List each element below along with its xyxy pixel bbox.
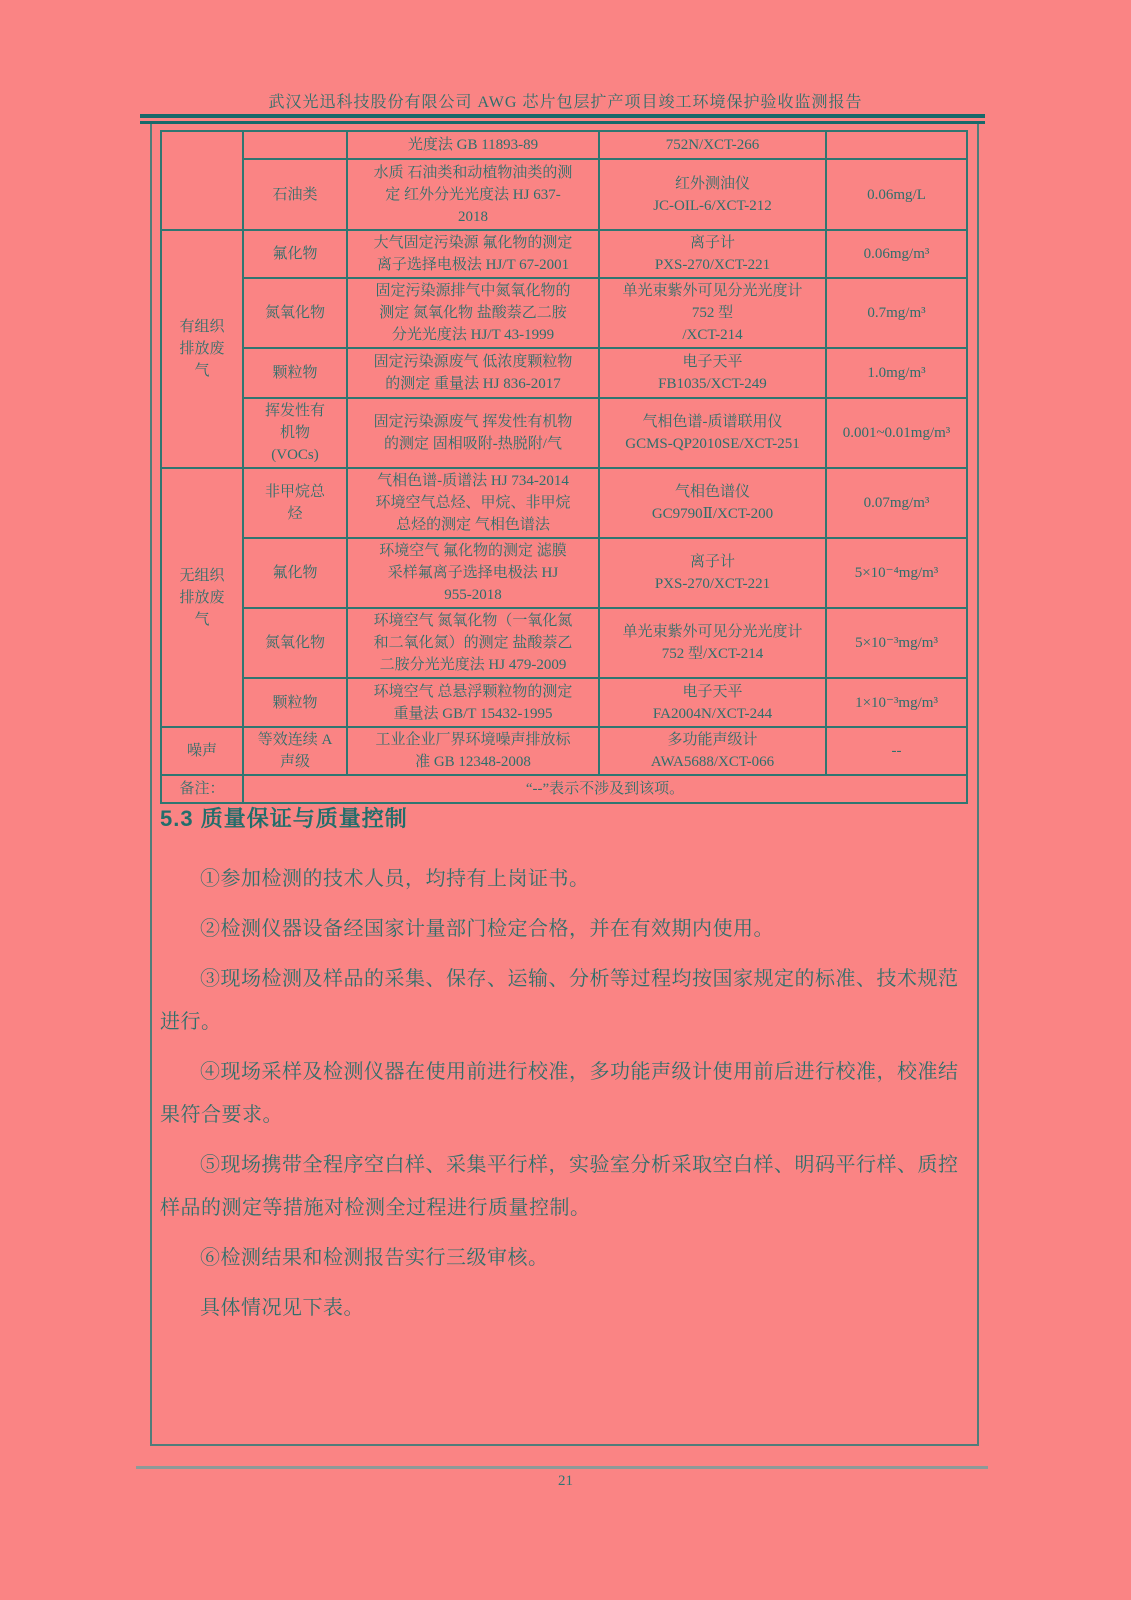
cell-instrument: 多功能声级计 AWA5688/XCT-066 xyxy=(599,727,826,775)
paragraph-6: ⑥检测结果和检测报告实行三级审核。 xyxy=(160,1237,972,1280)
cell-method: 固定污染源废气 低浓度颗粒物 的测定 重量法 HJ 836-2017 xyxy=(347,348,599,398)
cell-detection-limit: 0.7mg/m³ xyxy=(826,278,967,348)
cell-method: 气相色谱-质谱法 HJ 734-2014 环境空气总烃、甲烷、非甲烷 总烃的测定… xyxy=(347,468,599,538)
cell-detection-limit: 1×10⁻³mg/m³ xyxy=(826,678,967,727)
cell-detection-limit: 0.06mg/L xyxy=(826,159,967,230)
cell-pollutant: 等效连续 A 声级 xyxy=(243,727,347,775)
cell-method: 固定污染源排气中氮氧化物的 测定 氮氧化物 盐酸萘乙二胺 分光光度法 HJ/T … xyxy=(347,278,599,348)
cell-method: 工业企业厂界环境噪声排放标 准 GB 12348-2008 xyxy=(347,727,599,775)
cell-method: 光度法 GB 11893-89 xyxy=(347,131,599,159)
footer-rule xyxy=(136,1466,988,1469)
cell-category: 噪声 xyxy=(161,727,243,775)
paragraph-4: ④现场采样及检测仪器在使用前进行校准，多功能声级计使用前后进行校准，校准结果符合… xyxy=(160,1051,972,1137)
header-double-rule xyxy=(140,114,985,124)
cell-remark-label: 备注： xyxy=(161,775,243,803)
cell-category xyxy=(161,131,243,230)
cell-pollutant: 颗粒物 xyxy=(243,678,347,727)
cell-pollutant: 氟化物 xyxy=(243,230,347,278)
section-heading: 5.3 质量保证与质量控制 xyxy=(160,806,972,832)
cell-detection-limit: 0.07mg/m³ xyxy=(826,468,967,538)
cell-detection-limit: 1.0mg/m³ xyxy=(826,348,967,398)
table-row: 有组织 排放废 气 氟化物 大气固定污染源 氟化物的测定 离子选择电极法 HJ/… xyxy=(161,230,967,278)
cell-detection-limit: 5×10⁻³mg/m³ xyxy=(826,608,967,678)
table-row: 氮氧化物 固定污染源排气中氮氧化物的 测定 氮氧化物 盐酸萘乙二胺 分光光度法 … xyxy=(161,278,967,348)
cell-instrument: 单光束紫外可见分光光度计 752 型 /XCT-214 xyxy=(599,278,826,348)
table-row: 氮氧化物 环境空气 氮氧化物（一氧化氮 和二氧化氮）的测定 盐酸萘乙 二胺分光光… xyxy=(161,608,967,678)
cell-pollutant: 颗粒物 xyxy=(243,348,347,398)
table-row: 挥发性有 机物 (VOCs) 固定污染源废气 挥发性有机物 的测定 固相吸附-热… xyxy=(161,398,967,468)
cell-instrument: 电子天平 FB1035/XCT-249 xyxy=(599,348,826,398)
page-number: 21 xyxy=(0,1473,1131,1490)
cell-detection-limit: 5×10⁻⁴mg/m³ xyxy=(826,538,967,608)
cell-pollutant: 氮氧化物 xyxy=(243,278,347,348)
page-header-title: 武汉光迅科技股份有限公司 AWG 芯片包层扩产项目竣工环境保护验收监测报告 xyxy=(0,89,1131,112)
cell-instrument: 气相色谱-质谱联用仪 GCMS-QP2010SE/XCT-251 xyxy=(599,398,826,468)
cell-pollutant: 氮氧化物 xyxy=(243,608,347,678)
cell-pollutant: 挥发性有 机物 (VOCs) xyxy=(243,398,347,468)
table-row: 氟化物 环境空气 氟化物的测定 滤膜 采样氟离子选择电极法 HJ 955-201… xyxy=(161,538,967,608)
cell-detection-limit: -- xyxy=(826,727,967,775)
cell-method: 固定污染源废气 挥发性有机物 的测定 固相吸附-热脱附/气 xyxy=(347,398,599,468)
table-row: 石油类 水质 石油类和动植物油类的测 定 红外分光光度法 HJ 637- 201… xyxy=(161,159,967,230)
cell-method: 大气固定污染源 氟化物的测定 离子选择电极法 HJ/T 67-2001 xyxy=(347,230,599,278)
cell-pollutant: 石油类 xyxy=(243,159,347,230)
cell-instrument: 电子天平 FA2004N/XCT-244 xyxy=(599,678,826,727)
table-row: 噪声 等效连续 A 声级 工业企业厂界环境噪声排放标 准 GB 12348-20… xyxy=(161,727,967,775)
cell-method: 水质 石油类和动植物油类的测 定 红外分光光度法 HJ 637- 2018 xyxy=(347,159,599,230)
cell-pollutant xyxy=(243,131,347,159)
section-quality-assurance: 5.3 质量保证与质量控制 ①参加检测的技术人员，均持有上岗证书。 ②检测仪器设… xyxy=(160,806,972,1337)
table-row: 光度法 GB 11893-89 752N/XCT-266 xyxy=(161,131,967,159)
paragraph-1: ①参加检测的技术人员，均持有上岗证书。 xyxy=(160,858,972,901)
cell-instrument: 离子计 PXS-270/XCT-221 xyxy=(599,230,826,278)
paragraph-5: ⑤现场携带全程序空白样、采集平行样，实验室分析采取空白样、明码平行样、质控样品的… xyxy=(160,1144,972,1230)
paragraph-3: ③现场检测及样品的采集、保存、运输、分析等过程均按国家规定的标准、技术规范进行。 xyxy=(160,958,972,1044)
cell-pollutant: 氟化物 xyxy=(243,538,347,608)
cell-category: 有组织 排放废 气 xyxy=(161,230,243,468)
cell-pollutant: 非甲烷总 烃 xyxy=(243,468,347,538)
table-row: 颗粒物 固定污染源废气 低浓度颗粒物 的测定 重量法 HJ 836-2017 电… xyxy=(161,348,967,398)
cell-instrument: 气相色谱仪 GC9790Ⅱ/XCT-200 xyxy=(599,468,826,538)
cell-remark-text: “--”表示不涉及到该项。 xyxy=(243,775,967,803)
cell-instrument: 单光束紫外可见分光光度计 752 型/XCT-214 xyxy=(599,608,826,678)
cell-method: 环境空气 氟化物的测定 滤膜 采样氟离子选择电极法 HJ 955-2018 xyxy=(347,538,599,608)
cell-method: 环境空气 氮氧化物（一氧化氮 和二氧化氮）的测定 盐酸萘乙 二胺分光光度法 HJ… xyxy=(347,608,599,678)
cell-instrument: 红外测油仪 JC-OIL-6/XCT-212 xyxy=(599,159,826,230)
monitoring-methods-table: 光度法 GB 11893-89 752N/XCT-266 石油类 水质 石油类和… xyxy=(160,130,968,804)
cell-instrument: 离子计 PXS-270/XCT-221 xyxy=(599,538,826,608)
cell-category: 无组织 排放废 气 xyxy=(161,468,243,727)
cell-detection-limit: 0.001~0.01mg/m³ xyxy=(826,398,967,468)
cell-method: 环境空气 总悬浮颗粒物的测定 重量法 GB/T 15432-1995 xyxy=(347,678,599,727)
paragraph-closing: 具体情况见下表。 xyxy=(160,1287,972,1330)
cell-detection-limit: 0.06mg/m³ xyxy=(826,230,967,278)
table-row: 无组织 排放废 气 非甲烷总 烃 气相色谱-质谱法 HJ 734-2014 环境… xyxy=(161,468,967,538)
paragraph-2: ②检测仪器设备经国家计量部门检定合格，并在有效期内使用。 xyxy=(160,908,972,951)
table-row-remark: 备注： “--”表示不涉及到该项。 xyxy=(161,775,967,803)
cell-detection-limit xyxy=(826,131,967,159)
table-row: 颗粒物 环境空气 总悬浮颗粒物的测定 重量法 GB/T 15432-1995 电… xyxy=(161,678,967,727)
cell-instrument: 752N/XCT-266 xyxy=(599,131,826,159)
